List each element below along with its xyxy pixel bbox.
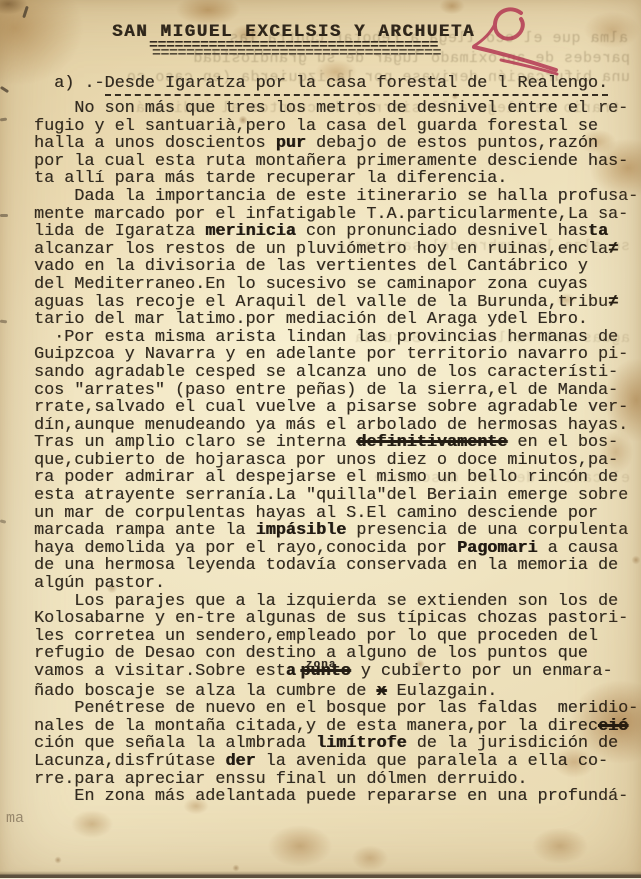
text-line: algún pastor. bbox=[34, 575, 633, 593]
page-body: No son más que tres los metros de desniv… bbox=[34, 100, 633, 806]
paragraph: ·Por esta misma arista lindan las provin… bbox=[34, 329, 633, 593]
text-line: Tras un amplio claro se interna definiti… bbox=[34, 434, 633, 452]
text-line: ta allí para más tarde recuperar la dife… bbox=[34, 170, 633, 188]
section-prefix: a) .- bbox=[34, 74, 105, 93]
title-block: SAN MIGUEL EXCELSIS Y ARCHUETA =========… bbox=[34, 22, 553, 58]
text-line: cos "arrates" (paso entre peñas) de la s… bbox=[34, 382, 633, 400]
typewritten-page: alma que el eco llega a rebotar contra l… bbox=[0, 0, 641, 879]
text-line: Guipzcoa y Navarra y en adelante por ter… bbox=[34, 346, 633, 364]
text-line: esta atrayente serranía.La "quilla"del B… bbox=[34, 487, 633, 505]
text-line: mente marcado por el infatigable T.A.par… bbox=[34, 206, 633, 224]
section-heading-line: a) .-Desde Igaratza por la casa forestal… bbox=[34, 75, 633, 93]
text-line: rrate,salvado el cual vuelve a pisarse s… bbox=[34, 399, 633, 417]
text-line: ñado boscaje se alza la cumbre de x Eula… bbox=[34, 683, 633, 701]
text-line: un mar de corpulentas hayas al S.El cami… bbox=[34, 505, 633, 523]
text-line: En zona más adelantada puede repararse e… bbox=[34, 788, 633, 806]
paragraph: En zona más adelantada puede repararse e… bbox=[34, 788, 633, 806]
title-underline-second: ================================== bbox=[37, 50, 556, 58]
text-line: lida de Igaratza merinicia con pronuncia… bbox=[34, 223, 633, 241]
text-line: Kolosabarne y en-tre algunas de sus típi… bbox=[34, 610, 633, 628]
text-line: ción que señala la almbrada limítrofe de… bbox=[34, 735, 633, 753]
paragraph: Dada la importancia de este itinerario s… bbox=[34, 188, 633, 329]
text-line: nales de la montaña citada,y de esta man… bbox=[34, 718, 633, 736]
text-line: ra poder admirar al despejarse el mismo … bbox=[34, 469, 633, 487]
text-line: marcada rampa ante la impásible presenci… bbox=[34, 522, 633, 540]
text-line: vado en la divisoria de las vertientes d… bbox=[34, 258, 633, 276]
page-content: SAN MIGUEL EXCELSIS Y ARCHUETA =========… bbox=[0, 0, 641, 806]
text-line: de una hermosa leyenda todavía conservad… bbox=[34, 557, 633, 575]
text-line: que,cubierto de hojarasca por unos diez … bbox=[34, 452, 633, 470]
section-heading: Desde Igaratza por la casa forestal de l… bbox=[105, 74, 609, 96]
text-line: alcanzar los restos de un pluviómetro ho… bbox=[34, 241, 633, 259]
text-line: rre.para apreciar enssu final un dólmen … bbox=[34, 771, 633, 789]
text-line: Los parajes que a la izquierda se extien… bbox=[34, 593, 633, 611]
text-line: vamos a visitar.Sobre esta zonapunto y c… bbox=[34, 663, 633, 683]
margin-mark bbox=[0, 214, 8, 217]
text-line: fugio y el santuarià,pero la casa del gu… bbox=[34, 118, 633, 136]
text-line: haya demolida ya por el rayo,conocida po… bbox=[34, 540, 633, 558]
text-line: tario del mar latimo.por mediación del A… bbox=[34, 311, 633, 329]
scan-bottom-edge bbox=[0, 871, 641, 879]
text-line: ·Por esta misma arista lindan las provin… bbox=[34, 329, 633, 347]
text-line: les corretea un sendero,empleado por lo … bbox=[34, 628, 633, 646]
paragraph: Penétrese de nuevo en el bosque por las … bbox=[34, 700, 633, 788]
text-line: Lacunza,disfrútase der la avenida que pa… bbox=[34, 753, 633, 771]
text-line: Dada la importancia de este itinerario s… bbox=[34, 188, 633, 206]
text-line: por la cual esta ruta montañera primeram… bbox=[34, 153, 633, 171]
text-line: dín,aunque menudeando ya más el arbolado… bbox=[34, 417, 633, 435]
paragraph: Los parajes que a la izquierda se extien… bbox=[34, 593, 633, 701]
text-line: Penétrese de nuevo en el bosque por las … bbox=[34, 700, 633, 718]
text-line: No son más que tres los metros de desniv… bbox=[34, 100, 633, 118]
paragraph: No son más que tres los metros de desniv… bbox=[34, 100, 633, 188]
text-line: sando agradable cesped se alcanza uno de… bbox=[34, 364, 633, 382]
text-line: del Mediterraneo.En lo sucesivo se camin… bbox=[34, 276, 633, 294]
text-line: aguas las recoje el Araquil del valle de… bbox=[34, 294, 633, 312]
stray-text: ma bbox=[6, 810, 24, 827]
text-line: halla a unos doscientos pur debajo de es… bbox=[34, 135, 633, 153]
